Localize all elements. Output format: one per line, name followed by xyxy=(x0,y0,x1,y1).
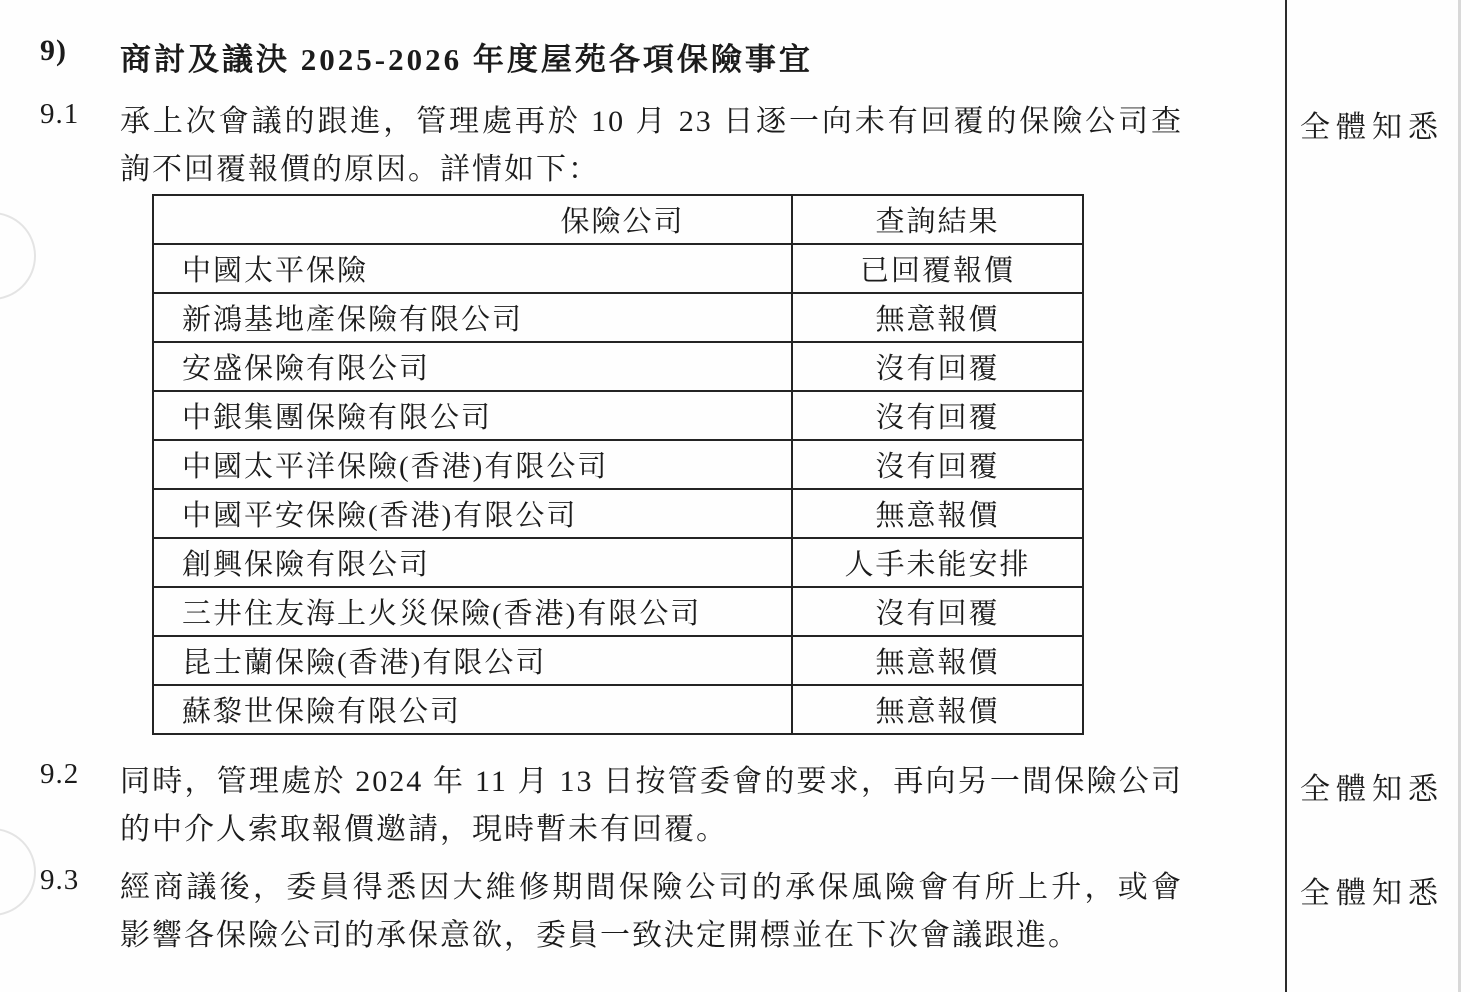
table-row: 新鴻基地產保險有限公司 無意報價 xyxy=(153,293,1083,342)
table-row: 昆士蘭保險(香港)有限公司 無意報價 xyxy=(153,636,1083,685)
company-cell: 中銀集團保險有限公司 xyxy=(153,391,792,440)
result-cell: 無意報價 xyxy=(792,489,1083,538)
section-line: 承上次會議的跟進，管理處再於 10 月 23 日逐一向未有回覆的保險公司查 xyxy=(120,98,1183,146)
punch-hole-artifact xyxy=(0,828,36,916)
remark-9-1: 全體知悉 xyxy=(1300,102,1444,146)
table-row: 中國太平保險 已回覆報價 xyxy=(153,244,1083,293)
page-edge-shadow xyxy=(1458,0,1461,992)
result-cell: 沒有回覆 xyxy=(792,391,1083,440)
table-row: 中國平安保險(香港)有限公司 無意報價 xyxy=(153,489,1083,538)
remark-9-2: 全體知悉 xyxy=(1300,764,1444,808)
table-row: 創興保險有限公司 人手未能安排 xyxy=(153,538,1083,587)
table-header-row: 保險公司 查詢結果 xyxy=(153,195,1083,244)
table-row: 中國太平洋保險(香港)有限公司 沒有回覆 xyxy=(153,440,1083,489)
table-header-company: 保險公司 xyxy=(153,195,792,244)
section-number-9-2: 9.2 xyxy=(40,758,79,791)
result-cell: 沒有回覆 xyxy=(792,587,1083,636)
result-cell: 沒有回覆 xyxy=(792,342,1083,391)
table-header-result: 查詢結果 xyxy=(792,195,1083,244)
company-cell: 中國太平保險 xyxy=(153,244,792,293)
minutes-page: 9) 商討及議決 2025-2026 年度屋苑各項保險事宜 9.1 承上次會議的… xyxy=(0,0,1470,992)
item-title: 商討及議決 2025-2026 年度屋苑各項保險事宜 xyxy=(120,34,813,79)
table-row: 中銀集團保險有限公司 沒有回覆 xyxy=(153,391,1083,440)
section-line: 同時，管理處於 2024 年 11 月 13 日按管委會的要求，再向另一間保險公… xyxy=(120,758,1183,806)
section-line: 詢不回覆報價的原因。詳情如下： xyxy=(120,146,1183,194)
remark-column-divider xyxy=(1285,0,1287,992)
section-line: 影響各保險公司的承保意欲，委員一致決定開標並在下次會議跟進。 xyxy=(120,912,1183,960)
result-cell: 無意報價 xyxy=(792,293,1083,342)
section-line: 的中介人索取報價邀請，現時暫未有回覆。 xyxy=(120,806,1183,854)
company-cell: 昆士蘭保險(香港)有限公司 xyxy=(153,636,792,685)
company-cell: 創興保險有限公司 xyxy=(153,538,792,587)
remark-9-3: 全體知悉 xyxy=(1300,868,1444,912)
section-number-9-1: 9.1 xyxy=(40,98,79,131)
insurance-query-table: 保險公司 查詢結果 中國太平保險 已回覆報價 新鴻基地產保險有限公司 無意報價 … xyxy=(152,194,1084,735)
result-cell: 已回覆報價 xyxy=(792,244,1083,293)
result-cell: 無意報價 xyxy=(792,636,1083,685)
company-cell: 中國太平洋保險(香港)有限公司 xyxy=(153,440,792,489)
table-row: 蘇黎世保險有限公司 無意報價 xyxy=(153,685,1083,734)
section-number-9-3: 9.3 xyxy=(40,864,79,897)
item-number: 9) xyxy=(40,34,67,68)
result-cell: 沒有回覆 xyxy=(792,440,1083,489)
company-cell: 安盛保險有限公司 xyxy=(153,342,792,391)
table-row: 安盛保險有限公司 沒有回覆 xyxy=(153,342,1083,391)
section-line: 經商議後，委員得悉因大維修期間保險公司的承保風險會有所上升，或會 xyxy=(120,864,1183,912)
company-cell: 三井住友海上火災保險(香港)有限公司 xyxy=(153,587,792,636)
section-text-9-3: 經商議後，委員得悉因大維修期間保險公司的承保風險會有所上升，或會 影響各保險公司… xyxy=(120,864,1183,960)
table-row: 三井住友海上火災保險(香港)有限公司 沒有回覆 xyxy=(153,587,1083,636)
section-text-9-1: 承上次會議的跟進，管理處再於 10 月 23 日逐一向未有回覆的保險公司查 詢不… xyxy=(120,98,1183,194)
result-cell: 人手未能安排 xyxy=(792,538,1083,587)
result-cell: 無意報價 xyxy=(792,685,1083,734)
company-cell: 中國平安保險(香港)有限公司 xyxy=(153,489,792,538)
punch-hole-artifact xyxy=(0,212,36,300)
company-cell: 新鴻基地產保險有限公司 xyxy=(153,293,792,342)
section-text-9-2: 同時，管理處於 2024 年 11 月 13 日按管委會的要求，再向另一間保險公… xyxy=(120,758,1183,854)
company-cell: 蘇黎世保險有限公司 xyxy=(153,685,792,734)
